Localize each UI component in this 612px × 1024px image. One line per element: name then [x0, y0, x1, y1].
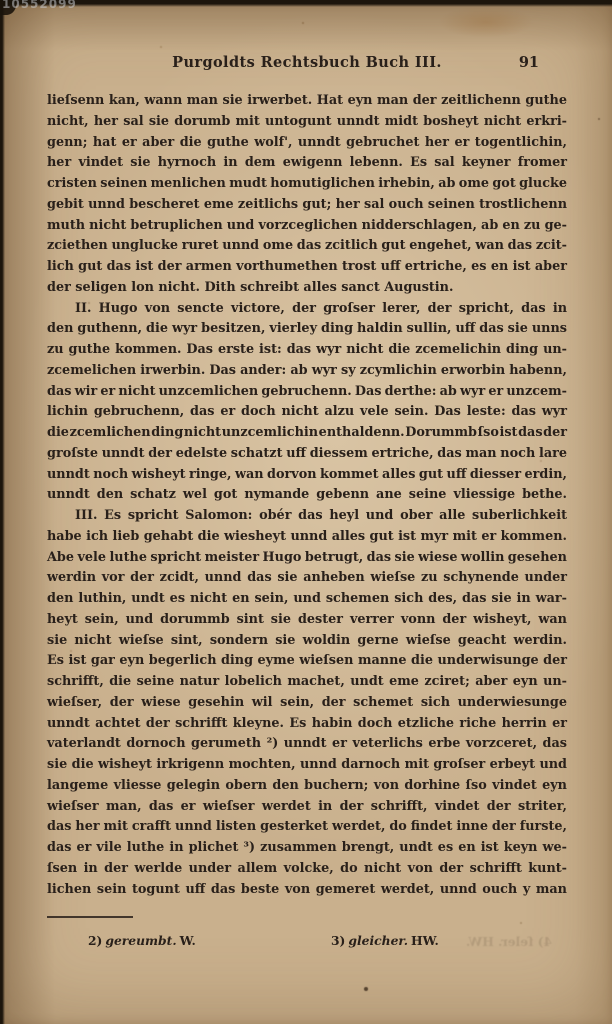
text-line: vaterlandt dornoch gerumeth ²) unndt er … — [47, 734, 567, 755]
text-line-content: habe ich lieb gehabt die wiesheyt unnd a… — [47, 529, 567, 544]
text-line-content: wieſser, der wiese gesehin wil sein, der… — [47, 695, 567, 710]
text-line: die zcemlichen ding nicht unzcemlichin e… — [47, 423, 567, 444]
text-line-content: die zcemlichen ding nicht unzcemlichin e… — [47, 425, 567, 440]
text-line: sie nicht wieſse sint, sondern sie woldi… — [47, 631, 567, 652]
text-line: groſste unndt der edelste schatzt uff di… — [47, 444, 567, 465]
scanned-page: 10552099 Purgoldts Rechtsbuch Buch III. … — [0, 0, 612, 1024]
scan-edge-left — [0, 0, 5, 1024]
text-line-content: ſsen in der werlde under allem volcke, d… — [47, 861, 567, 876]
text-line-content: groſste unndt der edelste schatzt uff di… — [47, 446, 567, 461]
text-line-content: lich gut das ist der armen vorthumethen … — [47, 259, 567, 274]
text-line-content: zciethen unglucke ruret unnd ome das zci… — [47, 238, 567, 253]
text-line-content: II. Hugo von sencte victore, der groſser… — [75, 301, 567, 316]
text-line-content: das er vile luthe in plichet ³) zusammen… — [47, 840, 567, 855]
text-line-content: den guthenn, die wyr besitzen, vierley d… — [47, 321, 567, 336]
text-line: unndt achtet der schrifft kleyne. Es hab… — [47, 714, 567, 735]
footnote-2: 2)gereumbt.W. — [88, 933, 196, 948]
scan-edge-top — [0, 0, 612, 7]
text-line: heyt sein, und dorummb sint sie dester v… — [47, 610, 567, 631]
text-line: cristen seinen menlichen mudt homutiglic… — [47, 174, 567, 195]
text-line-content: das wir er nicht unzcemlichen gebruchenn… — [47, 384, 567, 399]
text-block: lieſsenn kan, wann man sie irwerbet. Hat… — [47, 91, 567, 900]
text-line: habe ich lieb gehabt die wiesheyt unnd a… — [47, 527, 567, 548]
text-line-content: unndt den schatz wel got nymande gebenn … — [47, 487, 567, 502]
text-line-content: der seligen lon nicht. Dith schreibt all… — [47, 280, 453, 295]
text-line-content: langeme vliesse gelegin obern den bucher… — [47, 778, 567, 793]
text-line: lich gut das ist der armen vorthumethen … — [47, 257, 567, 278]
text-line-content: sie die wisheyt irkrigenn mochten, unnd … — [47, 757, 567, 772]
footnote-siglum: W. — [180, 933, 196, 948]
text-line: Es ist gar eyn begerlich ding eyme wieſs… — [47, 651, 567, 672]
text-line-content: unndt noch wisheyt ringe, wan dorvon kom… — [47, 467, 567, 482]
text-line-content: lichen sein togunt uff das beste von gem… — [47, 882, 567, 897]
text-line-content: Abe vele luthe spricht meister Hugo betr… — [47, 550, 567, 565]
text-line-content: her vindet sie hyrnoch in dem ewigenn le… — [47, 155, 567, 170]
text-line: das er vile luthe in plichet ³) zusammen… — [47, 838, 567, 859]
text-line: wieſser, der wiese gesehin wil sein, der… — [47, 693, 567, 714]
text-line-content: zcemelichen irwerbin. Das ander: ab wyr … — [47, 363, 567, 378]
text-line: lichen sein togunt uff das beste von gem… — [47, 880, 567, 901]
text-line: unndt noch wisheyt ringe, wan dorvon kom… — [47, 465, 567, 486]
text-line: nicht, her sal sie dorumb mit untogunt u… — [47, 112, 567, 133]
verso-show-through: 4) ſeler. HW. — [392, 934, 552, 949]
text-line-content: genn; hat er aber die guthe wolf', unndt… — [47, 135, 567, 150]
text-line: genn; hat er aber die guthe wolf', unndt… — [47, 133, 567, 154]
text-line: her vindet sie hyrnoch in dem ewigenn le… — [47, 153, 567, 174]
text-line-content: vaterlandt dornoch gerumeth ²) unndt er … — [47, 736, 567, 751]
text-line: unndt den schatz wel got nymande gebenn … — [47, 485, 567, 506]
text-line: gebit unnd bescheret eme zeitlichs gut; … — [47, 195, 567, 216]
text-line-content: schrifft, die seine natur lobelich mache… — [47, 674, 567, 689]
text-line: das her mit crafft unnd listen gesterket… — [47, 817, 567, 838]
text-line: II. Hugo von sencte victore, der groſser… — [47, 299, 567, 320]
text-line: zu guthe kommen. Das erste ist: das wyr … — [47, 340, 567, 361]
paper-stain — [438, 6, 534, 38]
text-line: wieſser man, das er wieſser werdet in de… — [47, 797, 567, 818]
text-line-content: sie nicht wieſse sint, sondern sie woldi… — [47, 633, 567, 648]
text-line: das wir er nicht unzcemlichen gebruchenn… — [47, 382, 567, 403]
running-title: Purgoldts Rechtsbuch Buch III. — [47, 54, 567, 71]
text-line-content: Es ist gar eyn begerlich ding eyme wieſs… — [47, 653, 567, 668]
text-line-content: werdin vor der zcidt, unnd das sie anheb… — [47, 570, 567, 585]
text-line-content: den luthin, undt es nicht en sein, und s… — [47, 591, 567, 606]
text-line-content: gebit unnd bescheret eme zeitlichs gut; … — [47, 197, 567, 212]
text-line: III. Es spricht Salomon: obér das heyl u… — [47, 506, 567, 527]
text-line: zciethen unglucke ruret unnd ome das zci… — [47, 236, 567, 257]
text-line: sie die wisheyt irkrigenn mochten, unnd … — [47, 755, 567, 776]
footnote-number: 3) — [331, 933, 345, 948]
scan-id-watermark: 10552099 — [2, 0, 77, 11]
text-line: langeme vliesse gelegin obern den bucher… — [47, 776, 567, 797]
text-line: der seligen lon nicht. Dith schreibt all… — [47, 278, 567, 299]
text-line: zcemelichen irwerbin. Das ander: ab wyr … — [47, 361, 567, 382]
text-line-content: cristen seinen menlichen mudt homutiglic… — [47, 176, 567, 191]
text-line-content: das her mit crafft unnd listen gesterket… — [47, 819, 567, 834]
text-line-content: heyt sein, und dorummb sint sie dester v… — [47, 612, 567, 627]
footnote-term: gereumbt. — [102, 933, 179, 948]
page-header: Purgoldts Rechtsbuch Buch III. 91 — [47, 54, 567, 74]
text-line: den guthenn, die wyr besitzen, vierley d… — [47, 319, 567, 340]
text-line: ſsen in der werlde under allem volcke, d… — [47, 859, 567, 880]
text-line-content: zu guthe kommen. Das erste ist: das wyr … — [47, 342, 567, 357]
text-line-content: III. Es spricht Salomon: obér das heyl u… — [75, 508, 567, 523]
text-line-content: muth nicht betruplichen und vorzcegliche… — [47, 218, 567, 233]
text-line-content: nicht, her sal sie dorumb mit untogunt u… — [47, 114, 567, 129]
page-number: 91 — [519, 54, 539, 71]
footnote-rule — [47, 916, 133, 918]
text-line-content: wieſser man, das er wieſser werdet in de… — [47, 799, 567, 814]
text-line-content: unndt achtet der schrifft kleyne. Es hab… — [47, 716, 567, 731]
text-line: muth nicht betruplichen und vorzcegliche… — [47, 216, 567, 237]
text-line: den luthin, undt es nicht en sein, und s… — [47, 589, 567, 610]
text-line: lichin gebruchenn, das er doch nicht alz… — [47, 402, 567, 423]
text-line: Abe vele luthe spricht meister Hugo betr… — [47, 548, 567, 569]
footnote-number: 2) — [88, 933, 102, 948]
text-line: schrifft, die seine natur lobelich mache… — [47, 672, 567, 693]
text-line: werdin vor der zcidt, unnd das sie anheb… — [47, 568, 567, 589]
text-line-content: lichin gebruchenn, das er doch nicht alz… — [47, 404, 567, 419]
text-line: lieſsenn kan, wann man sie irwerbet. Hat… — [47, 91, 567, 112]
text-line-content: lieſsenn kan, wann man sie irwerbet. Hat… — [47, 93, 567, 108]
